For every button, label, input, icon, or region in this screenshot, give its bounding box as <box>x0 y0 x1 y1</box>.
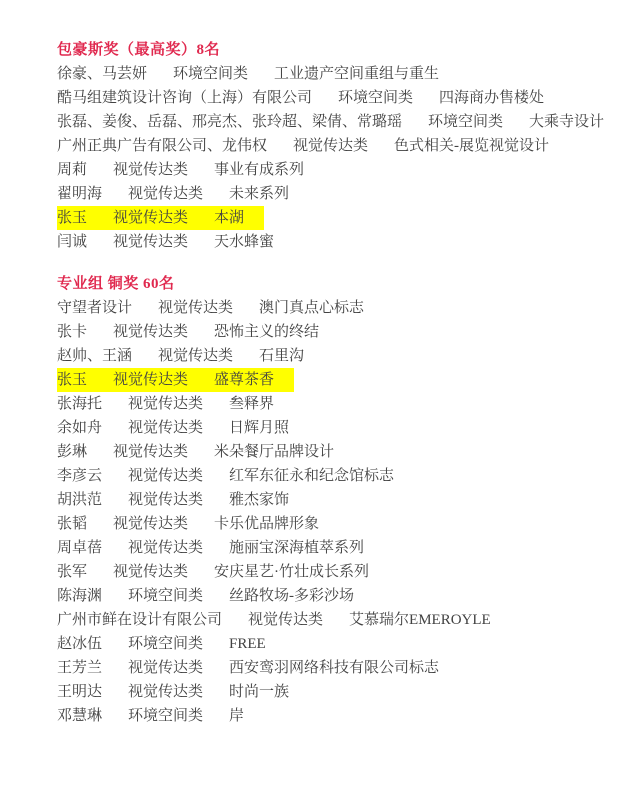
entry-text: 广州市鲜在设计有限公司视觉传达类艾慕瑞尔EMEROYLE <box>57 608 491 632</box>
entry-text: 酷马组建筑设计咨询（上海）有限公司环境空间类四海商办售楼处 <box>57 86 544 110</box>
winner-name: 周卓蓓 <box>57 536 128 560</box>
winner-name: 酷马组建筑设计咨询（上海）有限公司 <box>57 86 338 110</box>
award-entry: 胡洪范视觉传达类雅杰家饰 <box>57 488 612 512</box>
category: 视觉传达类 <box>113 440 214 464</box>
entry-text: 张卡视觉传达类恐怖主义的终结 <box>57 320 319 344</box>
award-entry: 张玉视觉传达类盛尊茶香 <box>57 368 612 392</box>
category: 视觉传达类 <box>128 536 229 560</box>
work-title: 时尚一族 <box>229 680 289 704</box>
entry-text: 王芳兰视觉传达类西安鸾羽网络科技有限公司标志 <box>57 656 439 680</box>
category: 视觉传达类 <box>128 416 229 440</box>
category: 视觉传达类 <box>113 206 214 230</box>
category: 视觉传达类 <box>113 368 214 392</box>
work-title: 日辉月照 <box>229 416 289 440</box>
entry-text: 彭琳视觉传达类米朵餐厅品牌设计 <box>57 440 334 464</box>
category: 视觉传达类 <box>113 158 214 182</box>
category: 环境空间类 <box>338 86 439 110</box>
award-entry: 张卡视觉传达类恐怖主义的终结 <box>57 320 612 344</box>
work-title: 叁释界 <box>229 392 274 416</box>
award-entry: 张玉视觉传达类本湖 <box>57 206 612 230</box>
entry-text: 余如舟视觉传达类日辉月照 <box>57 416 289 440</box>
work-title: 施丽宝深海植萃系列 <box>229 536 364 560</box>
section-heading: 专业组 铜奖 60名 <box>57 272 612 296</box>
category: 视觉传达类 <box>113 230 214 254</box>
award-entry: 翟明海视觉传达类未来系列 <box>57 182 612 206</box>
winner-name: 徐豪、马芸妍 <box>57 62 173 86</box>
work-title: 色式相关-展览视觉设计 <box>394 134 549 158</box>
award-entry: 张海托视觉传达类叁释界 <box>57 392 612 416</box>
work-title: 澳门真点心标志 <box>259 296 364 320</box>
winner-name: 邓慧琳 <box>57 704 128 728</box>
work-title: 西安鸾羽网络科技有限公司标志 <box>229 656 439 680</box>
work-title: 天水蜂蜜 <box>214 230 274 254</box>
category: 视觉传达类 <box>128 392 229 416</box>
work-title: 卡乐优品牌形象 <box>214 512 319 536</box>
award-entry: 彭琳视觉传达类米朵餐厅品牌设计 <box>57 440 612 464</box>
winner-name: 翟明海 <box>57 182 128 206</box>
winner-name: 余如舟 <box>57 416 128 440</box>
entry-text: 广州正典广告有限公司、龙伟权视觉传达类色式相关-展览视觉设计 <box>57 134 549 158</box>
work-title: 红军东征永和纪念馆标志 <box>229 464 394 488</box>
entry-text: 张海托视觉传达类叁释界 <box>57 392 274 416</box>
award-entry: 邓慧琳环境空间类岸 <box>57 704 612 728</box>
award-entry: 广州市鲜在设计有限公司视觉传达类艾慕瑞尔EMEROYLE <box>57 608 612 632</box>
entry-text: 赵冰伍环境空间类FREE <box>57 632 266 656</box>
winner-name: 王芳兰 <box>57 656 128 680</box>
winner-name: 张磊、姜俊、岳磊、邢亮杰、张玲超、梁倩、常璐瑶 <box>57 110 428 134</box>
highlighted-entry-text: 张玉视觉传达类盛尊茶香 <box>57 368 294 392</box>
work-title: 艾慕瑞尔EMEROYLE <box>349 608 491 632</box>
entry-text: 胡洪范视觉传达类雅杰家饰 <box>57 488 289 512</box>
entry-text: 李彦云视觉传达类红军东征永和纪念馆标志 <box>57 464 394 488</box>
category: 视觉传达类 <box>128 656 229 680</box>
award-section: 专业组 铜奖 60名守望者设计视觉传达类澳门真点心标志张卡视觉传达类恐怖主义的终… <box>57 272 612 728</box>
category: 视觉传达类 <box>113 320 214 344</box>
winner-name: 王明达 <box>57 680 128 704</box>
work-title: 米朵餐厅品牌设计 <box>214 440 334 464</box>
winner-name: 陈海渊 <box>57 584 128 608</box>
work-title: 本湖 <box>214 206 244 230</box>
winner-name: 李彦云 <box>57 464 128 488</box>
highlighted-entry-text: 张玉视觉传达类本湖 <box>57 206 264 230</box>
category: 视觉传达类 <box>248 608 349 632</box>
entry-text: 翟明海视觉传达类未来系列 <box>57 182 289 206</box>
entry-text: 张磊、姜俊、岳磊、邢亮杰、张玲超、梁倩、常璐瑶环境空间类大乘寺设计 <box>57 110 604 134</box>
award-entry: 徐豪、马芸妍环境空间类工业遗产空间重组与重生 <box>57 62 612 86</box>
entry-text: 周卓蓓视觉传达类施丽宝深海植萃系列 <box>57 536 364 560</box>
category: 环境空间类 <box>128 632 229 656</box>
work-title: 工业遗产空间重组与重生 <box>274 62 439 86</box>
winner-name: 张玉 <box>57 368 113 392</box>
winner-name: 张军 <box>57 560 113 584</box>
work-title: 石里沟 <box>259 344 304 368</box>
entry-text: 周莉视觉传达类事业有成系列 <box>57 158 304 182</box>
winner-name: 胡洪范 <box>57 488 128 512</box>
category: 环境空间类 <box>428 110 529 134</box>
category: 环境空间类 <box>128 704 229 728</box>
winner-name: 广州市鲜在设计有限公司 <box>57 608 248 632</box>
entry-text: 王明达视觉传达类时尚一族 <box>57 680 289 704</box>
award-entry: 张韬视觉传达类卡乐优品牌形象 <box>57 512 612 536</box>
award-entry: 周卓蓓视觉传达类施丽宝深海植萃系列 <box>57 536 612 560</box>
entry-text: 张军视觉传达类安庆星艺·竹壮成长系列 <box>57 560 369 584</box>
winner-name: 彭琳 <box>57 440 113 464</box>
work-title: FREE <box>229 632 266 656</box>
category: 视觉传达类 <box>293 134 394 158</box>
section-heading: 包豪斯奖（最高奖）8名 <box>57 38 612 62</box>
work-title: 大乘寺设计 <box>529 110 604 134</box>
winner-name: 闫诚 <box>57 230 113 254</box>
award-entry: 周莉视觉传达类事业有成系列 <box>57 158 612 182</box>
category: 视觉传达类 <box>113 560 214 584</box>
award-entry: 李彦云视觉传达类红军东征永和纪念馆标志 <box>57 464 612 488</box>
award-section: 包豪斯奖（最高奖）8名徐豪、马芸妍环境空间类工业遗产空间重组与重生酷马组建筑设计… <box>57 38 612 254</box>
winner-name: 赵帅、王涵 <box>57 344 158 368</box>
award-entry: 守望者设计视觉传达类澳门真点心标志 <box>57 296 612 320</box>
category: 视觉传达类 <box>158 344 259 368</box>
work-title: 岸 <box>229 704 244 728</box>
category: 视觉传达类 <box>158 296 259 320</box>
winner-name: 周莉 <box>57 158 113 182</box>
work-title: 盛尊茶香 <box>214 368 274 392</box>
work-title: 安庆星艺·竹壮成长系列 <box>214 560 369 584</box>
award-entry: 余如舟视觉传达类日辉月照 <box>57 416 612 440</box>
category: 环境空间类 <box>173 62 274 86</box>
award-entry: 王明达视觉传达类时尚一族 <box>57 680 612 704</box>
winner-name: 张韬 <box>57 512 113 536</box>
category: 视觉传达类 <box>128 680 229 704</box>
work-title: 事业有成系列 <box>214 158 304 182</box>
entry-text: 守望者设计视觉传达类澳门真点心标志 <box>57 296 364 320</box>
award-entry: 王芳兰视觉传达类西安鸾羽网络科技有限公司标志 <box>57 656 612 680</box>
entry-text: 赵帅、王涵视觉传达类石里沟 <box>57 344 304 368</box>
winner-name: 广州正典广告有限公司、龙伟权 <box>57 134 293 158</box>
winner-name: 张卡 <box>57 320 113 344</box>
award-list: 包豪斯奖（最高奖）8名徐豪、马芸妍环境空间类工业遗产空间重组与重生酷马组建筑设计… <box>0 0 632 748</box>
category: 视觉传达类 <box>128 488 229 512</box>
winner-name: 赵冰伍 <box>57 632 128 656</box>
category: 环境空间类 <box>128 584 229 608</box>
work-title: 未来系列 <box>229 182 289 206</box>
winner-name: 张玉 <box>57 206 113 230</box>
entry-text: 张韬视觉传达类卡乐优品牌形象 <box>57 512 319 536</box>
award-entry: 赵冰伍环境空间类FREE <box>57 632 612 656</box>
work-title: 丝路牧场-多彩沙场 <box>229 584 354 608</box>
work-title: 四海商办售楼处 <box>439 86 544 110</box>
award-entry: 陈海渊环境空间类丝路牧场-多彩沙场 <box>57 584 612 608</box>
award-entry: 张磊、姜俊、岳磊、邢亮杰、张玲超、梁倩、常璐瑶环境空间类大乘寺设计 <box>57 110 612 134</box>
award-entry: 张军视觉传达类安庆星艺·竹壮成长系列 <box>57 560 612 584</box>
category: 视觉传达类 <box>128 464 229 488</box>
award-entry: 酷马组建筑设计咨询（上海）有限公司环境空间类四海商办售楼处 <box>57 86 612 110</box>
entry-text: 徐豪、马芸妍环境空间类工业遗产空间重组与重生 <box>57 62 439 86</box>
category: 视觉传达类 <box>113 512 214 536</box>
entry-text: 闫诚视觉传达类天水蜂蜜 <box>57 230 274 254</box>
entry-text: 陈海渊环境空间类丝路牧场-多彩沙场 <box>57 584 354 608</box>
work-title: 恐怖主义的终结 <box>214 320 319 344</box>
award-entry: 闫诚视觉传达类天水蜂蜜 <box>57 230 612 254</box>
award-entry: 赵帅、王涵视觉传达类石里沟 <box>57 344 612 368</box>
category: 视觉传达类 <box>128 182 229 206</box>
winner-name: 张海托 <box>57 392 128 416</box>
winner-name: 守望者设计 <box>57 296 158 320</box>
award-entry: 广州正典广告有限公司、龙伟权视觉传达类色式相关-展览视觉设计 <box>57 134 612 158</box>
work-title: 雅杰家饰 <box>229 488 289 512</box>
entry-text: 邓慧琳环境空间类岸 <box>57 704 244 728</box>
